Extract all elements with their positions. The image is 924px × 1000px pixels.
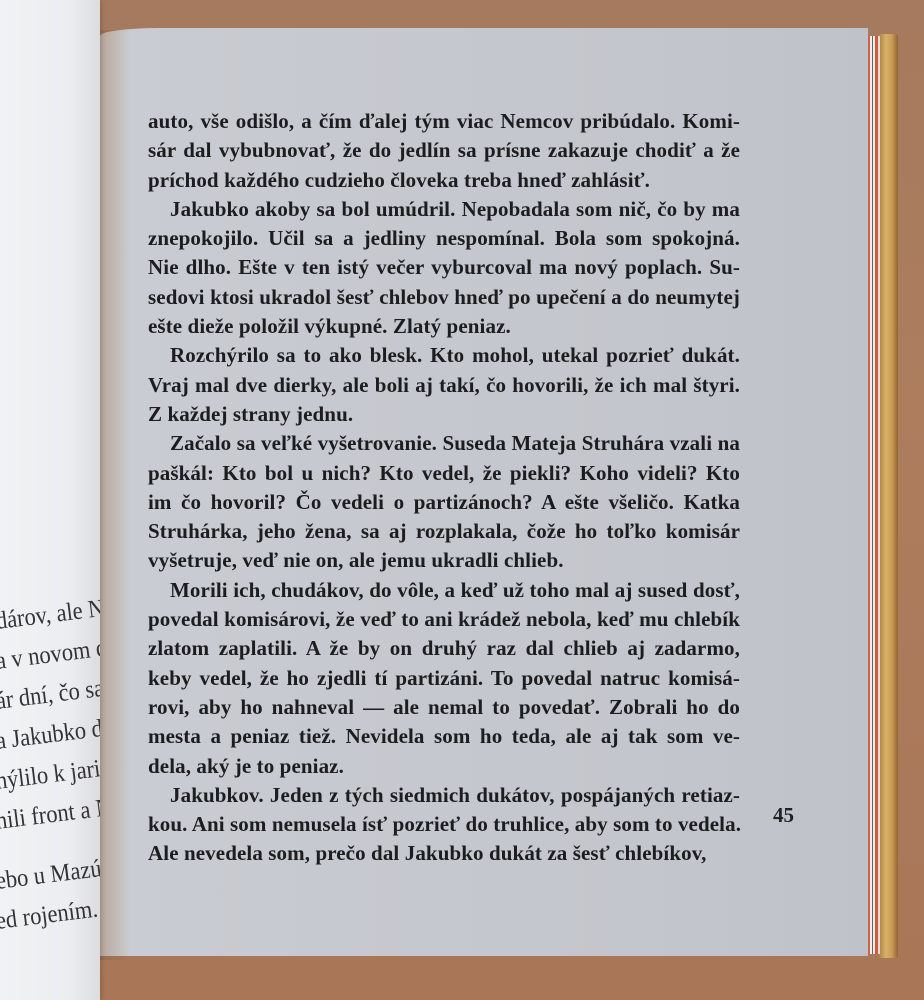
text-line: vyšetruje, veď nie on, ale jemu ukradli … [148,546,740,575]
left-page: dárov, ale Nemcova v novom dome jaár dní… [0,0,100,1000]
text-line: Jakubkov. Jeden z tých siedmich dukátov,… [148,781,740,810]
text-line: sár dal vybubnovať, že do jedlín sa prís… [148,136,740,165]
text-line: ešte dieže položil výkupné. Zlatý peniaz… [148,312,740,341]
text-line: príchod každého cudzieho človeka treba h… [148,166,740,195]
text-line: rovi, aby ho nahneval — ale nemal to pov… [148,693,740,722]
left-page-line: hýlilo k jari. V Prie [0,747,100,796]
text-line: sedovi ktosi ukradol šesť chlebov hneď p… [148,283,740,312]
text-line: Morili ich, chudákov, do vôle, a keď už … [148,576,740,605]
text-line: Začalo sa veľké vyšetrovanie. Suseda Mat… [148,429,740,458]
text-line: paškál: Kto bol u nich? Kto vedel, že pi… [148,459,740,488]
page-edges [866,36,880,954]
text-line: Ale nevedela som, prečo dal Jakubko duká… [148,839,740,868]
text-line: keby vedel, že ho zjedli tí partizáni. T… [148,664,740,693]
text-line: dela, aký je to peniaz. [148,752,740,781]
left-page-line: a Jakubko dozvedel [0,706,100,755]
text-line: Struhárka, jeho žena, sa aj rozplakala, … [148,517,740,546]
text-line: zlatom zaplatili. A že by on druhý raz d… [148,634,740,663]
text-line: Z každej strany jednu. [148,400,740,429]
page-number: 45 [773,803,794,828]
left-page-line: ebo u Mazúrikov a v [0,845,100,895]
book-cover-gold-edge [878,34,898,958]
text-line: Nie dlho. Ešte v ten istý večer vyburcov… [148,253,740,282]
left-page-line: a v novom dome ja [0,627,100,676]
text-line: im čo hovoril? Čo vedeli o partizánoch? … [148,488,740,517]
text-line: Jakubko akoby sa bol umúdril. Nepobadala… [148,195,740,224]
page-body-text: auto, vše odišlo, a čím ďalej tým viac N… [148,107,740,869]
text-line: znepokojilo. Učil sa a jedliny nespomína… [148,224,740,253]
spine-shadow [100,30,130,960]
text-line: povedal komisárovi, že veď to ani krádež… [148,605,740,634]
left-page-line: nili front a Nemci [0,789,100,836]
left-page-line: ed rojením. Však [0,889,100,936]
left-page-line: dárov, ale Nemcov [0,587,100,635]
left-page-line: ár dní, čo sa stále p [0,667,100,716]
text-line: mesta a peniaz tiež. Nevidela som ho ted… [148,722,740,751]
text-line: Rozchýrilo sa to ako blesk. Kto mohol, u… [148,341,740,370]
text-line: kou. Ani som nemusela ísť pozrieť do tru… [148,810,740,839]
text-line: auto, vše odišlo, a čím ďalej tým viac N… [148,107,740,136]
text-line: Vraj mal dve dierky, ale boli aj takí, č… [148,371,740,400]
